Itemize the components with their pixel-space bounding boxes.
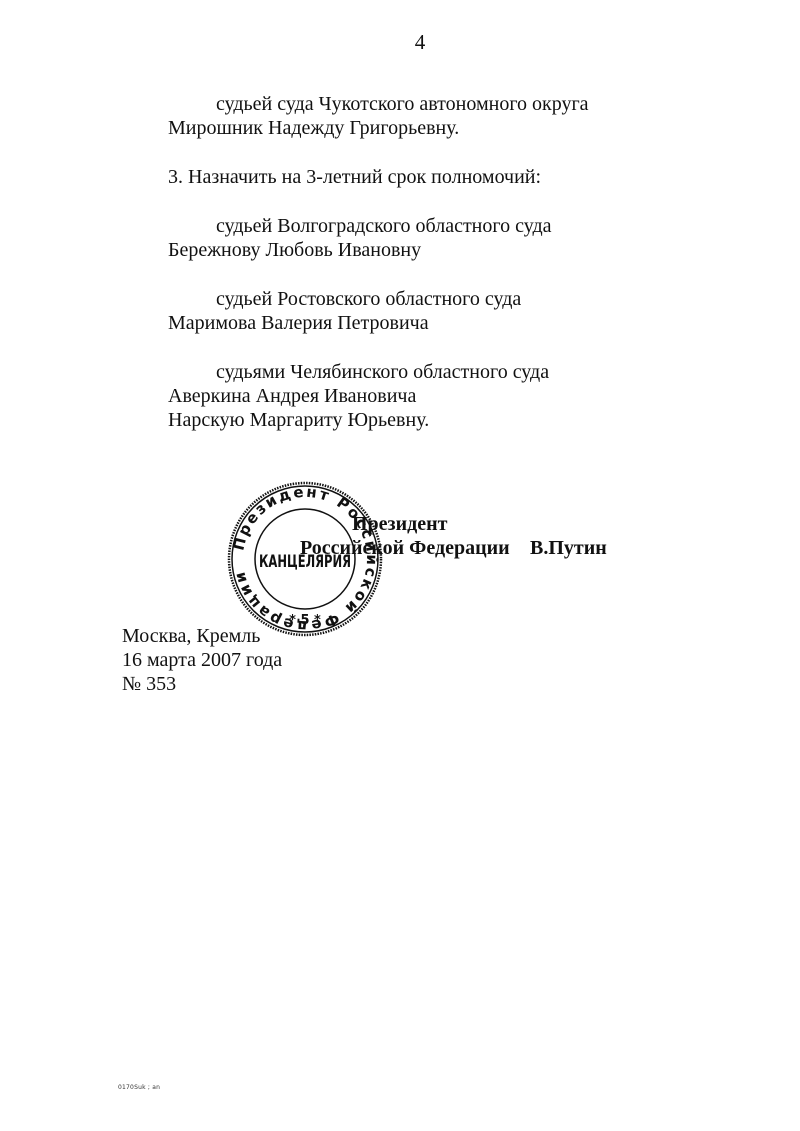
- footer-code: 0170Suk ; an: [118, 1084, 160, 1091]
- appointee-name-berezhnova: Бережнову Любовь Ивановну: [168, 238, 421, 262]
- place-of-signing: Москва, Кремль: [122, 624, 260, 648]
- court-line-chukotka: судьей суда Чукотского автономного округ…: [216, 92, 589, 116]
- official-stamp-icon: Президент Российской Федерации * 5 * КАН…: [227, 481, 383, 637]
- appointee-name-averkin: Аверкина Андрея Ивановича: [168, 384, 416, 408]
- decree-number: № 353: [122, 672, 176, 696]
- section-3-heading: 3. Назначить на 3-летний срок полномочий…: [168, 165, 541, 189]
- appointee-name-narskaya: Нарскую Маргариту Юрьевну.: [168, 408, 429, 432]
- stamp-ring-bottom: * 5 *: [289, 613, 321, 628]
- appointee-name-miroshnik: Мирошник Надежду Григорьевну.: [168, 116, 459, 140]
- court-line-chelyabinsk: судьями Челябинского областного суда: [216, 360, 549, 384]
- court-line-rostov: судьей Ростовского областного суда: [216, 287, 521, 311]
- signer-name: В.Путин: [530, 536, 607, 560]
- appointee-name-marimov: Маримова Валерия Петровича: [168, 311, 429, 335]
- court-line-volgograd: судьей Волгоградского областного суда: [216, 214, 552, 238]
- page-number: 4: [0, 30, 800, 54]
- signing-date: 16 марта 2007 года: [122, 648, 282, 672]
- stamp-center-text: КАНЦЕЛЯРИЯ: [259, 552, 351, 572]
